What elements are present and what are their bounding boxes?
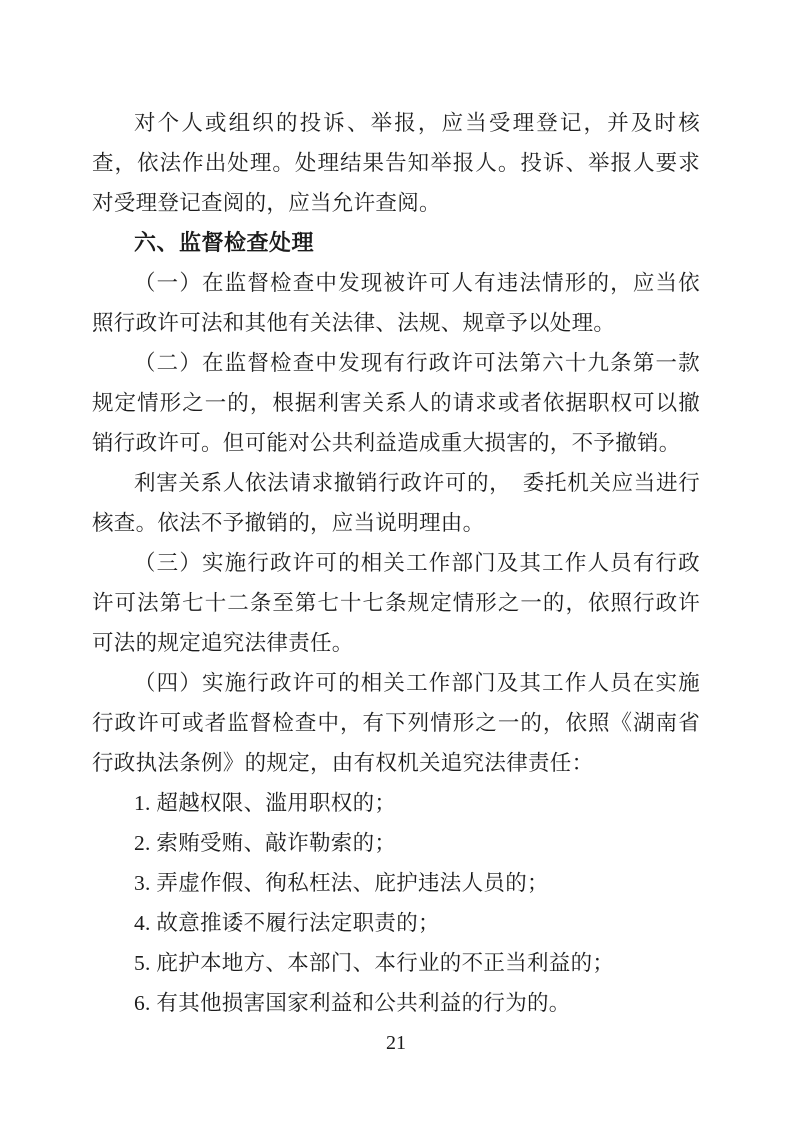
paragraph-complaint-handling: 对个人或组织的投诉、举报，应当受理登记，并及时核查，依法作出处理。处理结果告知举… <box>92 103 700 223</box>
document-page: 对个人或组织的投诉、举报，应当受理登记，并及时核查，依法作出处理。处理结果告知举… <box>0 0 793 1122</box>
numbered-item-2: 2. 索贿受贿、敲诈勒索的； <box>92 823 700 863</box>
numbered-item-3: 3. 弄虚作假、徇私枉法、庇护违法人员的； <box>92 863 700 903</box>
numbered-item-1: 1. 超越权限、滥用职权的； <box>92 783 700 823</box>
paragraph-item-1: （一）在监督检查中发现被许可人有违法情形的，应当依照行政许可法和其他有关法律、法… <box>92 263 700 343</box>
paragraph-item-4: （四）实施行政许可的相关工作部门及其工作人员在实施行政许可或者监督检查中，有下列… <box>92 663 700 783</box>
numbered-item-6: 6. 有其他损害国家利益和公共利益的行为的。 <box>92 983 700 1023</box>
paragraph-item-3: （三）实施行政许可的相关工作部门及其工作人员有行政许可法第七十二条至第七十七条规… <box>92 543 700 663</box>
page-number: 21 <box>92 1023 700 1063</box>
numbered-item-4: 4. 故意推诿不履行法定职责的； <box>92 903 700 943</box>
numbered-item-5: 5. 庇护本地方、本部门、本行业的不正当利益的； <box>92 943 700 983</box>
paragraph-revocation-review: 利害关系人依法请求撤销行政许可的， 委托机关应当进行核查。依法不予撤销的，应当说… <box>92 463 700 543</box>
section-heading-supervision-inspection: 六、监督检查处理 <box>92 223 700 263</box>
paragraph-item-2: （二）在监督检查中发现有行政许可法第六十九条第一款规定情形之一的，根据利害关系人… <box>92 343 700 463</box>
document-body: 对个人或组织的投诉、举报，应当受理登记，并及时核查，依法作出处理。处理结果告知举… <box>92 103 700 1023</box>
